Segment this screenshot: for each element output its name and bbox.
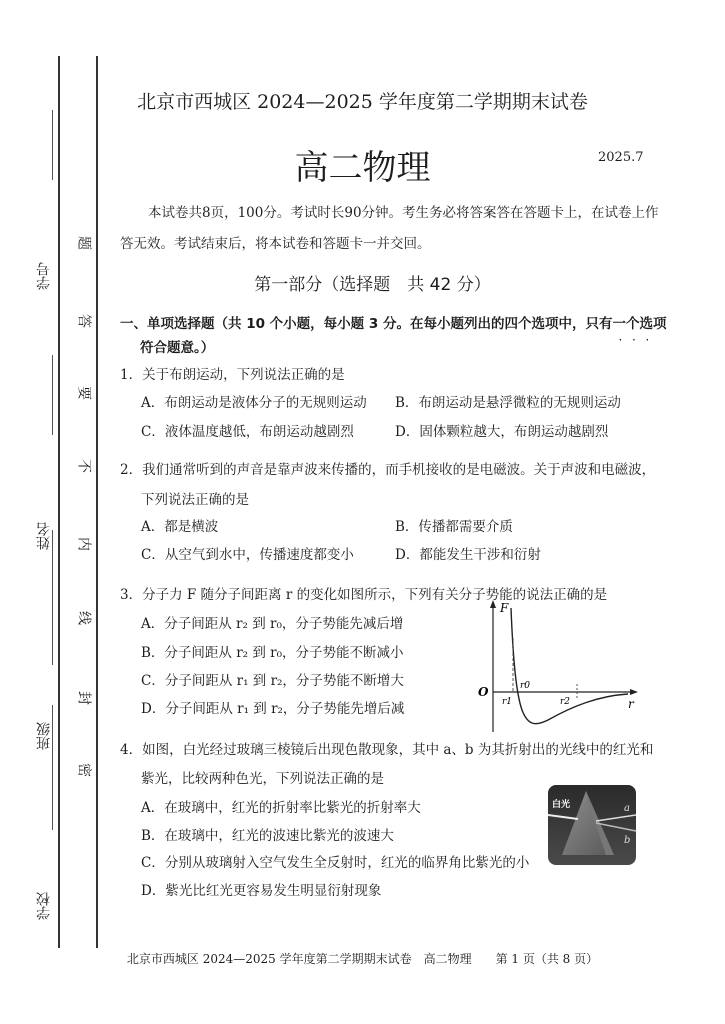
white-light-label: 白光 (552, 798, 570, 810)
seal-char: 封 (78, 687, 92, 707)
ray-b-label: b (624, 835, 630, 846)
binding-line-inner (96, 56, 98, 948)
school-label: 学校 (34, 892, 54, 920)
seal-char: 题 (78, 232, 92, 252)
q1-option-c[interactable]: C．液体温度越低，布朗运动越剧烈 (141, 420, 354, 440)
class-label: 班级 (34, 722, 54, 750)
r2-label: r2 (560, 697, 570, 707)
q4-option-a[interactable]: A．在玻璃中，红光的折射率比紫光的折射率大 (141, 796, 421, 816)
exam-instructions: 本试卷共8页，100分。考试时长90分钟。考生务必将答案答在答题卡上，在试卷上作… (120, 198, 665, 260)
q3-option-c[interactable]: C．分子间距从 r₁ 到 r₂，分子势能不断增大 (141, 669, 404, 689)
page-footer: 北京市西城区 2024—2025 学年度第二学期期末试卷 高二物理 第 1 页（… (0, 950, 725, 967)
emphasis-char: 一 (612, 316, 626, 332)
seal-char: 答 (78, 310, 92, 330)
student-name-field[interactable]: 姓名 (22, 440, 66, 550)
emphasis-char: 个 (626, 316, 640, 332)
y-axis-label: F (499, 601, 509, 615)
question-2-stem: 2．我们通常听到的声音是靠声波来传播的，而手机接收的是电磁波。关于声波和电磁波， (120, 458, 655, 478)
part-title: 第一部分（选择题 共 42 分） (0, 270, 725, 295)
exam-title: 北京市西城区 2024—2025 学年度第二学期期末试卷 (0, 87, 725, 114)
seal-char: 要 (78, 382, 92, 402)
emphasis-char: 选 (639, 316, 653, 332)
r1-label: r1 (502, 697, 512, 707)
q4-option-b[interactable]: B．在玻璃中，红光的波速比紫光的波速大 (141, 824, 394, 844)
q2-option-b[interactable]: B．传播都需要介质 (395, 515, 513, 535)
ray-a-label: a (624, 803, 630, 814)
section-heading: 一、单项选择题（共 10 个小题，每小题 3 分。在每小题列出的四个选项中，只有… (120, 312, 675, 360)
student-id-blank-lower (52, 355, 53, 435)
question-1-stem: 1．关于布朗运动，下列说法正确的是 (120, 363, 345, 383)
section-heading-text: 项 (653, 316, 667, 332)
molecular-force-graph: F r O r0 r1 r2 (478, 598, 638, 734)
x-axis-label: r (628, 697, 635, 711)
exam-date: 2025.7 (598, 150, 644, 165)
q3-option-b[interactable]: B．分子间距从 r₂ 到 r₀，分子势能不断减小 (141, 641, 404, 661)
student-name-label: 姓名 (34, 522, 54, 550)
q3-option-a[interactable]: A．分子间距从 r₂ 到 r₀，分子势能先减后增 (141, 612, 403, 632)
q4-option-d[interactable]: D．紫光比红光更容易发生明显衍射现象 (141, 879, 381, 899)
question-4-stem-line2: 紫光，比较两种色光，下列说法正确的是 (141, 767, 384, 787)
section-heading-text: 一、单项选择题（共 10 个小题，每小题 3 分。在每小题列出的四个选项中，只有 (120, 316, 612, 332)
q2-option-a[interactable]: A．都是横波 (141, 515, 218, 535)
q2-option-c[interactable]: C．从空气到水中，传播速度都变小 (141, 543, 354, 563)
school-field[interactable]: 学校 (22, 810, 66, 920)
q1-option-a[interactable]: A．布朗运动是液体分子的无规则运动 (141, 391, 367, 411)
question-2-stem-line2: 下列说法正确的是 (141, 488, 249, 508)
q4-option-c[interactable]: C．分别从玻璃射入空气发生全反射时，红光的临界角比紫光的小 (141, 851, 529, 871)
q3-option-d[interactable]: D．分子间距从 r₁ 到 r₂，分子势能先增后减 (141, 697, 404, 717)
name-blank (52, 530, 53, 665)
section-heading-line2: 符合题意。） (120, 336, 675, 360)
q2-option-d[interactable]: D．都能发生干涉和衍射 (395, 543, 541, 563)
seal-char: 内 (78, 533, 92, 553)
origin-label: O (478, 685, 489, 699)
q1-option-d[interactable]: D．固体颗粒越大，布朗运动越剧烈 (395, 420, 608, 440)
class-blank (52, 705, 53, 830)
seal-char: 不 (78, 455, 92, 475)
seal-char: 线 (78, 607, 92, 627)
q1-option-b[interactable]: B．布朗运动是悬浮微粒的无规则运动 (395, 391, 621, 411)
prism-dispersion-photo: 白光 a b (548, 785, 636, 865)
r0-label: r0 (520, 681, 530, 691)
class-field[interactable]: 班级 (22, 640, 66, 750)
question-4-stem: 4．如图，白光经过玻璃三棱镜后出现色散现象，其中 a、b 为其折射出的光线中的红… (120, 738, 653, 758)
seal-char: 密 (78, 759, 92, 779)
